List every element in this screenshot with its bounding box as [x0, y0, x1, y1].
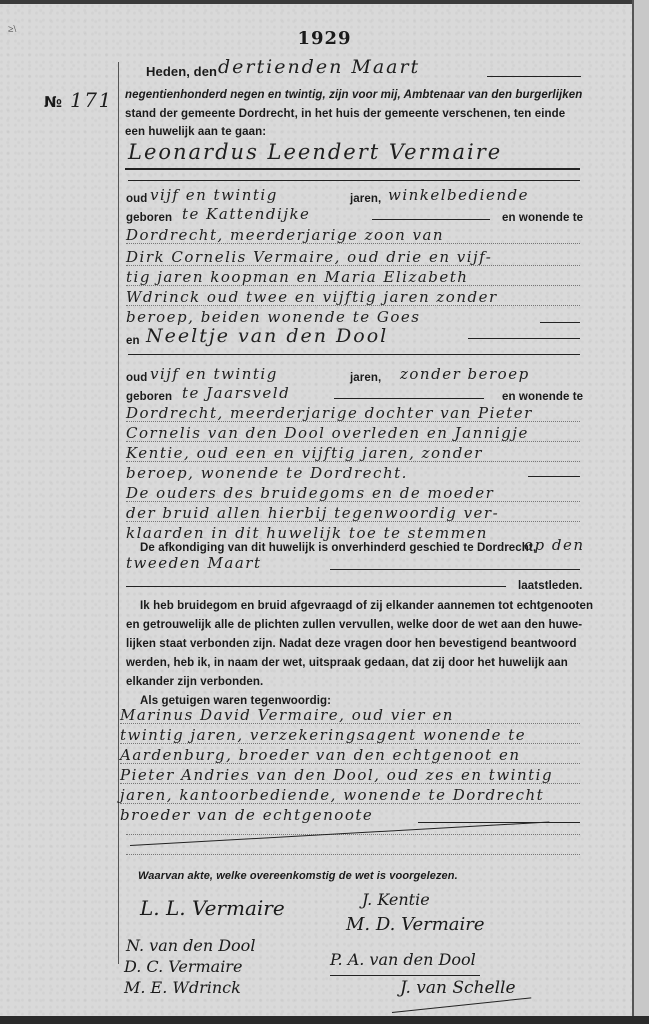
- witness-line-3: Aardenburg, broeder van den echtgenoot e…: [120, 746, 521, 764]
- dotted-line: [126, 441, 580, 442]
- bride-jaren-label: jaren,: [350, 372, 381, 384]
- signature-right-3: P. A. van den Dool: [330, 950, 476, 969]
- groom-birthplace: te Kattendijke: [182, 205, 310, 223]
- dotted-line: [126, 854, 580, 855]
- groom-oud-label: oud: [126, 193, 147, 205]
- rule: [330, 569, 580, 570]
- scan-bottom-edge: [0, 1016, 649, 1024]
- rule: [418, 822, 580, 823]
- proclamation-text: De afkondiging van dit huwelijk is onver…: [140, 542, 536, 554]
- witness-line-4: Pieter Andries van den Dool, oud zes en …: [120, 766, 553, 784]
- bride-detail-6: der bruid allen hierbij tegenwoordig ver…: [126, 504, 499, 522]
- groom-detail-5: beroep, beiden wonende te Goes: [126, 308, 420, 326]
- bride-birthplace: te Jaarsveld: [182, 384, 290, 402]
- rule: [468, 338, 580, 339]
- rule: [126, 586, 506, 587]
- rule: [334, 398, 484, 399]
- bride-geboren-label: geboren: [126, 391, 172, 403]
- vows-line-1: Ik heb bruidegom en bruid afgevraagd of …: [140, 600, 593, 612]
- vows-line-4: werden, heb ik, in naam der wet, uitspra…: [126, 657, 568, 669]
- bride-detail-3: Kentie, oud een en vijftig jaren, zonder: [126, 444, 483, 462]
- opening-line-2: negentienhonderd negen en twintig, zijn …: [125, 89, 582, 101]
- bride-detail-7: klaarden in dit huwelijk toe te stemmen: [126, 524, 488, 542]
- document-year: 1929: [0, 28, 649, 49]
- vows-line-3: lijken staat verbonden zijn. Nadat deze …: [126, 638, 577, 650]
- groom-detail-2: Dirk Cornelis Vermaire, oud drie en vijf…: [126, 248, 492, 266]
- witness-line-1: Marinus David Vermaire, oud vier en: [120, 706, 454, 724]
- dotted-line: [120, 803, 580, 804]
- bride-occupation: zonder beroep: [400, 365, 530, 383]
- dotted-line: [126, 834, 580, 835]
- scan-right-edge: [632, 0, 649, 1024]
- dotted-line: [126, 285, 580, 286]
- vows-line-5: elkander zijn verbonden.: [126, 676, 263, 688]
- groom-age: vijf en twintig: [150, 186, 278, 204]
- bride-detail-2: Cornelis van den Dool overleden en Janni…: [126, 424, 529, 442]
- signature-groom: L. L. Vermaire: [140, 896, 285, 920]
- proclamation-handwritten-1: op den: [524, 536, 585, 554]
- record-number-label: №: [44, 93, 62, 111]
- dotted-line: [120, 783, 580, 784]
- bride-detail-5: De ouders des bruidegoms en de moeder: [126, 484, 494, 502]
- opening-date: dertienden Maart: [218, 56, 420, 78]
- groom-wonende-label: en wonende te: [502, 212, 583, 224]
- rule: [372, 219, 490, 220]
- proclamation-handwritten-2: tweeden Maart: [126, 554, 261, 572]
- signature-left-3: D. C. Vermaire: [124, 957, 242, 976]
- dotted-line: [126, 265, 580, 266]
- opening-line-4: een huwelijk aan te gaan:: [125, 126, 266, 138]
- closing-text: Waarvan akte, welke overeenkomstig de we…: [138, 870, 458, 882]
- dotted-line: [126, 461, 580, 462]
- rule: [540, 322, 580, 323]
- rule: [528, 476, 580, 477]
- dotted-line: [120, 763, 580, 764]
- dotted-line: [126, 521, 580, 522]
- groom-detail-4: Wdrinck oud twee en vijftig jaren zonder: [126, 288, 498, 306]
- rule: [128, 180, 580, 181]
- rule: [128, 354, 580, 355]
- dotted-line: [126, 421, 580, 422]
- signature-right-2: M. D. Vermaire: [346, 914, 485, 935]
- groom-occupation: winkelbediende: [388, 186, 529, 204]
- vows-line-2: en getrouwelijk alle de plichten zullen …: [126, 619, 582, 631]
- opening-line-3: stand der gemeente Dordrecht, in het hui…: [125, 108, 565, 120]
- bride-detail-4: beroep, wonende te Dordrecht.: [126, 464, 408, 482]
- record-number-value: 171: [70, 88, 113, 112]
- dotted-line: [126, 305, 580, 306]
- groom-jaren-label: jaren,: [350, 193, 381, 205]
- groom-detail-3: tig jaren koopman en Maria Elizabeth: [126, 268, 468, 286]
- proclamation-suffix: laatstleden.: [518, 580, 582, 592]
- witness-line-2: twintig jaren, verzekeringsagent wonende…: [120, 726, 526, 744]
- signature-right-4: J. van Schelle: [400, 978, 516, 998]
- rule: [125, 168, 580, 170]
- signature-right-1: J. Kentie: [362, 890, 430, 909]
- margin-line: [118, 62, 119, 964]
- witness-line-5: jaren, kantoorbediende, wonende te Dordr…: [120, 786, 544, 804]
- rule: [487, 76, 581, 77]
- bride-oud-label: oud: [126, 372, 147, 384]
- bride-name: Neeltje van den Dool: [146, 325, 388, 347]
- dotted-line: [120, 743, 580, 744]
- signature-bride: N. van den Dool: [126, 936, 255, 955]
- bride-detail-1: Dordrecht, meerderjarige dochter van Pie…: [126, 404, 533, 422]
- bride-wonende-label: en wonende te: [502, 391, 583, 403]
- rule: [330, 975, 480, 976]
- groom-name: Leonardus Leendert Vermaire: [128, 140, 502, 164]
- signature-left-4: M. E. Wdrinck: [124, 978, 241, 997]
- groom-detail-1: Dordrecht, meerderjarige zoon van: [126, 226, 444, 244]
- bride-age: vijf en twintig: [150, 365, 278, 383]
- dotted-line: [120, 723, 580, 724]
- record-number: №171: [44, 88, 113, 112]
- groom-geboren-label: geboren: [126, 212, 172, 224]
- dotted-line: [126, 501, 580, 502]
- witness-line-6: broeder van de echtgenoote: [120, 806, 373, 824]
- bride-en-label: en: [126, 335, 140, 347]
- dotted-line: [126, 243, 580, 244]
- opening-prefix: Heden, den: [146, 64, 217, 79]
